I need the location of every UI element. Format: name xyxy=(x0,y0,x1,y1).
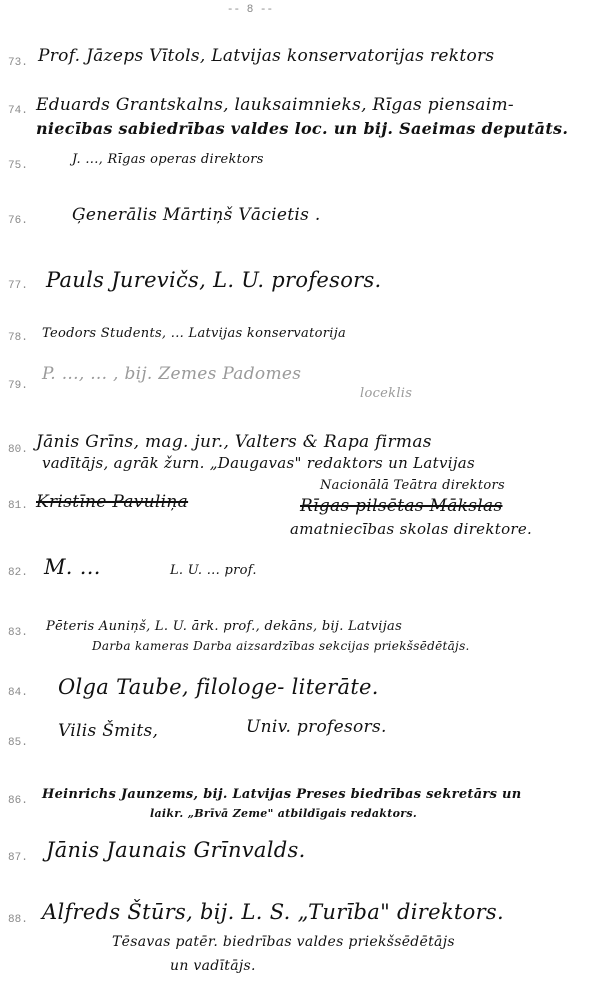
entry-text: Pēteris Auniņš, L. U. ārk. prof., dekāns… xyxy=(46,619,402,634)
entry-text: L. U. ... prof. xyxy=(170,563,257,578)
entry-text: Jānis Grīns, mag. jur., Valters & Rapa f… xyxy=(36,432,432,452)
entry-number: 75. xyxy=(8,160,28,172)
entry-number: 88. xyxy=(8,914,28,926)
entry-text: Prof. Jāzeps Vītols, Latvijas konservato… xyxy=(38,46,494,66)
entry-number: 73. xyxy=(8,57,28,69)
entry-text: Nacionālā Teātra direktors xyxy=(320,478,505,493)
entry-text: Teodors Students, ... Latvijas konservat… xyxy=(42,326,346,341)
entry-number: 77. xyxy=(8,280,28,292)
entry-text: Jānis Jaunais Grīnvalds. xyxy=(46,838,306,862)
entry-text: Olga Taube, filologe- literāte. xyxy=(58,675,379,699)
entry-text: un vadītājs. xyxy=(170,958,256,974)
entry-number: 85. xyxy=(8,737,28,749)
entry-number: 86. xyxy=(8,795,28,807)
page-number: -- 8 -- xyxy=(210,4,290,16)
entry-text: Heinrichs Jaunzems, bij. Latvijas Preses… xyxy=(42,787,522,802)
entry-number: 81. xyxy=(8,500,28,512)
entry-text: amatniecības skolas direktore. xyxy=(290,520,532,538)
entry-number: 82. xyxy=(8,567,28,579)
entry-text: Tēsavas patēr. biedrības valdes priekšsē… xyxy=(112,934,455,950)
entry-text: Univ. profesors. xyxy=(246,717,387,737)
entry-text: M. ... xyxy=(44,555,101,579)
entry-number: 74. xyxy=(8,105,28,117)
entry-text: vadītājs, agrāk žurn. „Daugavas" redakto… xyxy=(42,454,475,472)
entry-text: niecības sabiedrības valdes loc. un bij.… xyxy=(36,119,568,138)
entry-number: 87. xyxy=(8,852,28,864)
entry-number: 84. xyxy=(8,687,28,699)
document-page: -- 8 -- 73. Prof. Jāzeps Vītols, Latvija… xyxy=(0,0,600,998)
entry-text: J. ..., Rīgas operas direktors xyxy=(72,152,264,167)
entry-text: Rīgas pilsētas Mākslas xyxy=(300,496,502,516)
entry-number: 80. xyxy=(8,444,28,456)
entry-text: Darba kameras Darba aizsardzības sekcija… xyxy=(92,639,470,653)
entry-text: P. ..., ... , bij. Zemes Padomes xyxy=(42,364,301,384)
entry-number: 78. xyxy=(8,332,28,344)
entry-text: Alfreds Štūrs, bij. L. S. „Turība" direk… xyxy=(42,900,504,924)
entry-number: 79. xyxy=(8,380,28,392)
entry-text: Kristīne Pavuliņa xyxy=(36,492,188,512)
entry-number: 76. xyxy=(8,215,28,227)
entry-text: Vilis Šmits, xyxy=(58,721,158,741)
entry-text: loceklis xyxy=(360,386,412,401)
entry-text: Pauls Jurevičs, L. U. profesors. xyxy=(46,268,382,292)
entry-text: Ģenerālis Mārtiņš Vācietis . xyxy=(72,205,321,225)
entry-text: Eduards Grantskalns, lauksaimnieks, Rīga… xyxy=(36,95,514,115)
entry-number: 83. xyxy=(8,627,28,639)
entry-text: laikr. „Brīvā Zeme" atbildīgais redaktor… xyxy=(150,807,417,820)
